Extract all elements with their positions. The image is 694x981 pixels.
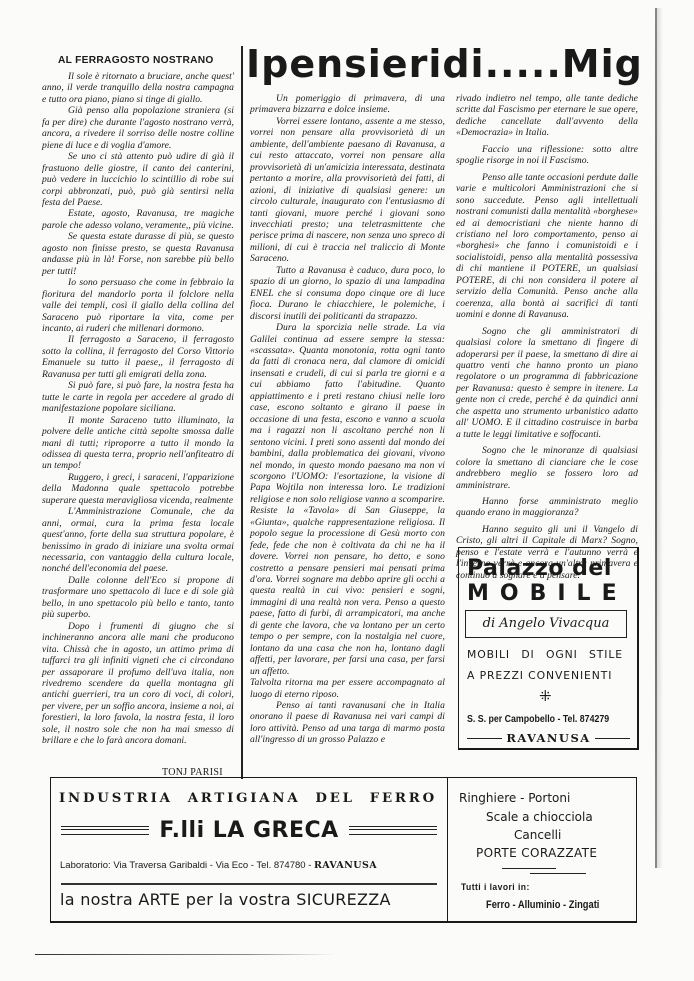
word: FERRO (370, 791, 437, 806)
paragraph: Se questa estate durasse di più, se ques… (42, 231, 234, 277)
article-kicker: AL FERRAGOSTO NOSTRANO (58, 55, 214, 66)
ad-ring-line-5: Tutti i lavori in: (461, 882, 530, 893)
rule-left (467, 738, 502, 739)
paragraph: Se uno ci stà attento può udire di già i… (42, 151, 234, 208)
ornament-icon: ⁜ (539, 687, 552, 706)
word: DEL (315, 791, 354, 806)
word: di..... (442, 42, 561, 86)
ad-mobile-town: RAVANUSA (467, 731, 630, 745)
ad-greca-town: RAVANUSA (314, 860, 377, 871)
ad-ring-line-2: Scale a chiocciola (486, 810, 593, 824)
ad-palazzo-del-mobile: Palazzo del MOBILE di Angelo Vivacqua MO… (458, 547, 639, 750)
ad-mobile-town-name: RAVANUSA (506, 731, 590, 745)
ad-ring-line-6: Ferro - Alluminio - Zingati (486, 899, 599, 911)
main-article-column-3: rivado indietro nel tempo, alle tante de… (456, 93, 638, 539)
main-headline: Ipensieridi.....Mig (246, 42, 641, 86)
ad-ring-rule-1 (502, 868, 556, 869)
ad-greca-name: F.lli LA GRECA (159, 818, 338, 843)
word: ARTIGIANA (188, 791, 301, 806)
paragraph: Sogno che gli amministratori di qualsias… (456, 326, 638, 441)
paragraph: Vorrei essere lontano, assente a me stes… (250, 116, 445, 265)
column-rule-left (241, 46, 243, 779)
ad-ring-rule-2 (530, 873, 586, 874)
paragraph: L'Amministrazione Comunale, che da anni,… (42, 506, 234, 575)
ad-mobile-owner: di Angelo Vivacqua (465, 610, 627, 638)
ad-greca-divider (61, 883, 437, 885)
paragraph: Estate, agosto, Ravanusa, tre magiche pa… (42, 208, 234, 231)
paragraph: Già penso alla popolazione straniera (si… (42, 105, 234, 151)
ad-mobile-address: S. S. per Campobello - Tel. 874279 (467, 714, 609, 725)
paragraph: Il ferragosto a Saraceno, il ferragosto … (42, 334, 234, 380)
paragraph: Il sole è ritornato a bruciare, anche qu… (42, 71, 234, 105)
ad-mobile-title: Palazzo del (467, 556, 612, 581)
ad-ring-line-1: Ringhiere - Portoni (459, 791, 570, 805)
decorative-lines-left (61, 826, 149, 835)
word: INDUSTRIA (59, 791, 173, 806)
page-fold-gradient (657, 8, 663, 868)
paragraph: Tutto a Ravanusa è caduco, dura poco, lo… (250, 265, 445, 322)
paragraph: Ruggero, i greci, i saraceni, l'apparizi… (42, 472, 234, 506)
paragraph: Hanno forse amministrato meglio quando e… (456, 496, 638, 519)
paragraph: Penso ai tanti ravanusani che in Italia … (250, 700, 445, 746)
paragraph: Si può fare, si può fare, la nostra fest… (42, 380, 234, 414)
paragraph: Dura la sporcizia nelle strade. La via G… (250, 322, 445, 677)
paragraph: Il monte Saraceno tutto illuminato, la p… (42, 415, 234, 472)
paragraph: Dopo i frumenti di giugno che si inchine… (42, 621, 234, 747)
ad-mobile-title-2: MOBILE (467, 581, 630, 606)
paragraph: Penso alle tante occasioni perdute dalle… (456, 172, 638, 321)
paragraph: Sogno che le minoranze di qualsiasi colo… (456, 445, 638, 491)
ad-mobile-tagline-1: MOBILI DI OGNI STILE (467, 648, 623, 661)
ad-la-greca: INDUSTRIAARTIGIANADELFERRO F.lli LA GREC… (50, 777, 448, 923)
paragraph: Faccio una riflessione: sotto altre spog… (456, 144, 638, 167)
paragraph: Talvolta ritorna ma per essere accompagn… (250, 677, 445, 700)
paragraph: Io sono persuaso che come in febbraio la… (42, 277, 234, 334)
ad-greca-slogan: la nostra ARTE per la vostra SICUREZZA (60, 890, 438, 909)
left-article-column: Il sole è ritornato a bruciare, anche qu… (42, 71, 234, 761)
main-article-column-2: Un pomeriggio di primavera, di una prima… (250, 93, 445, 753)
paragraph: Un pomeriggio di primavera, di una prima… (250, 93, 445, 116)
ad-greca-header: INDUSTRIAARTIGIANADELFERRO (59, 791, 437, 806)
word: I (246, 42, 261, 86)
ad-mobile-tagline-2: A PREZZI CONVENIENTI (467, 669, 612, 682)
rule-right (595, 738, 630, 739)
ad-greca-address-text: Laboratorio: Via Traversa Garibaldi - Vi… (60, 860, 314, 871)
paragraph: rivado indietro nel tempo, alle tante de… (456, 93, 638, 139)
decorative-lines-right (349, 826, 437, 835)
ad-ring-line-3: Cancelli (514, 828, 561, 842)
ad-ring-line-4: PORTE CORAZZATE (476, 846, 597, 860)
ad-ringhiere: Ringhiere - Portoni Scale a chiocciola C… (446, 777, 637, 923)
ad-greca-name-row: F.lli LA GRECA (61, 818, 437, 843)
word: Mig (562, 42, 643, 86)
page-bottom-rule (35, 954, 335, 955)
paragraph: Dalle colonne dell'Eco si propone di tra… (42, 575, 234, 621)
word: pensieri (261, 42, 442, 86)
ad-greca-address: Laboratorio: Via Traversa Garibaldi - Vi… (60, 860, 377, 871)
